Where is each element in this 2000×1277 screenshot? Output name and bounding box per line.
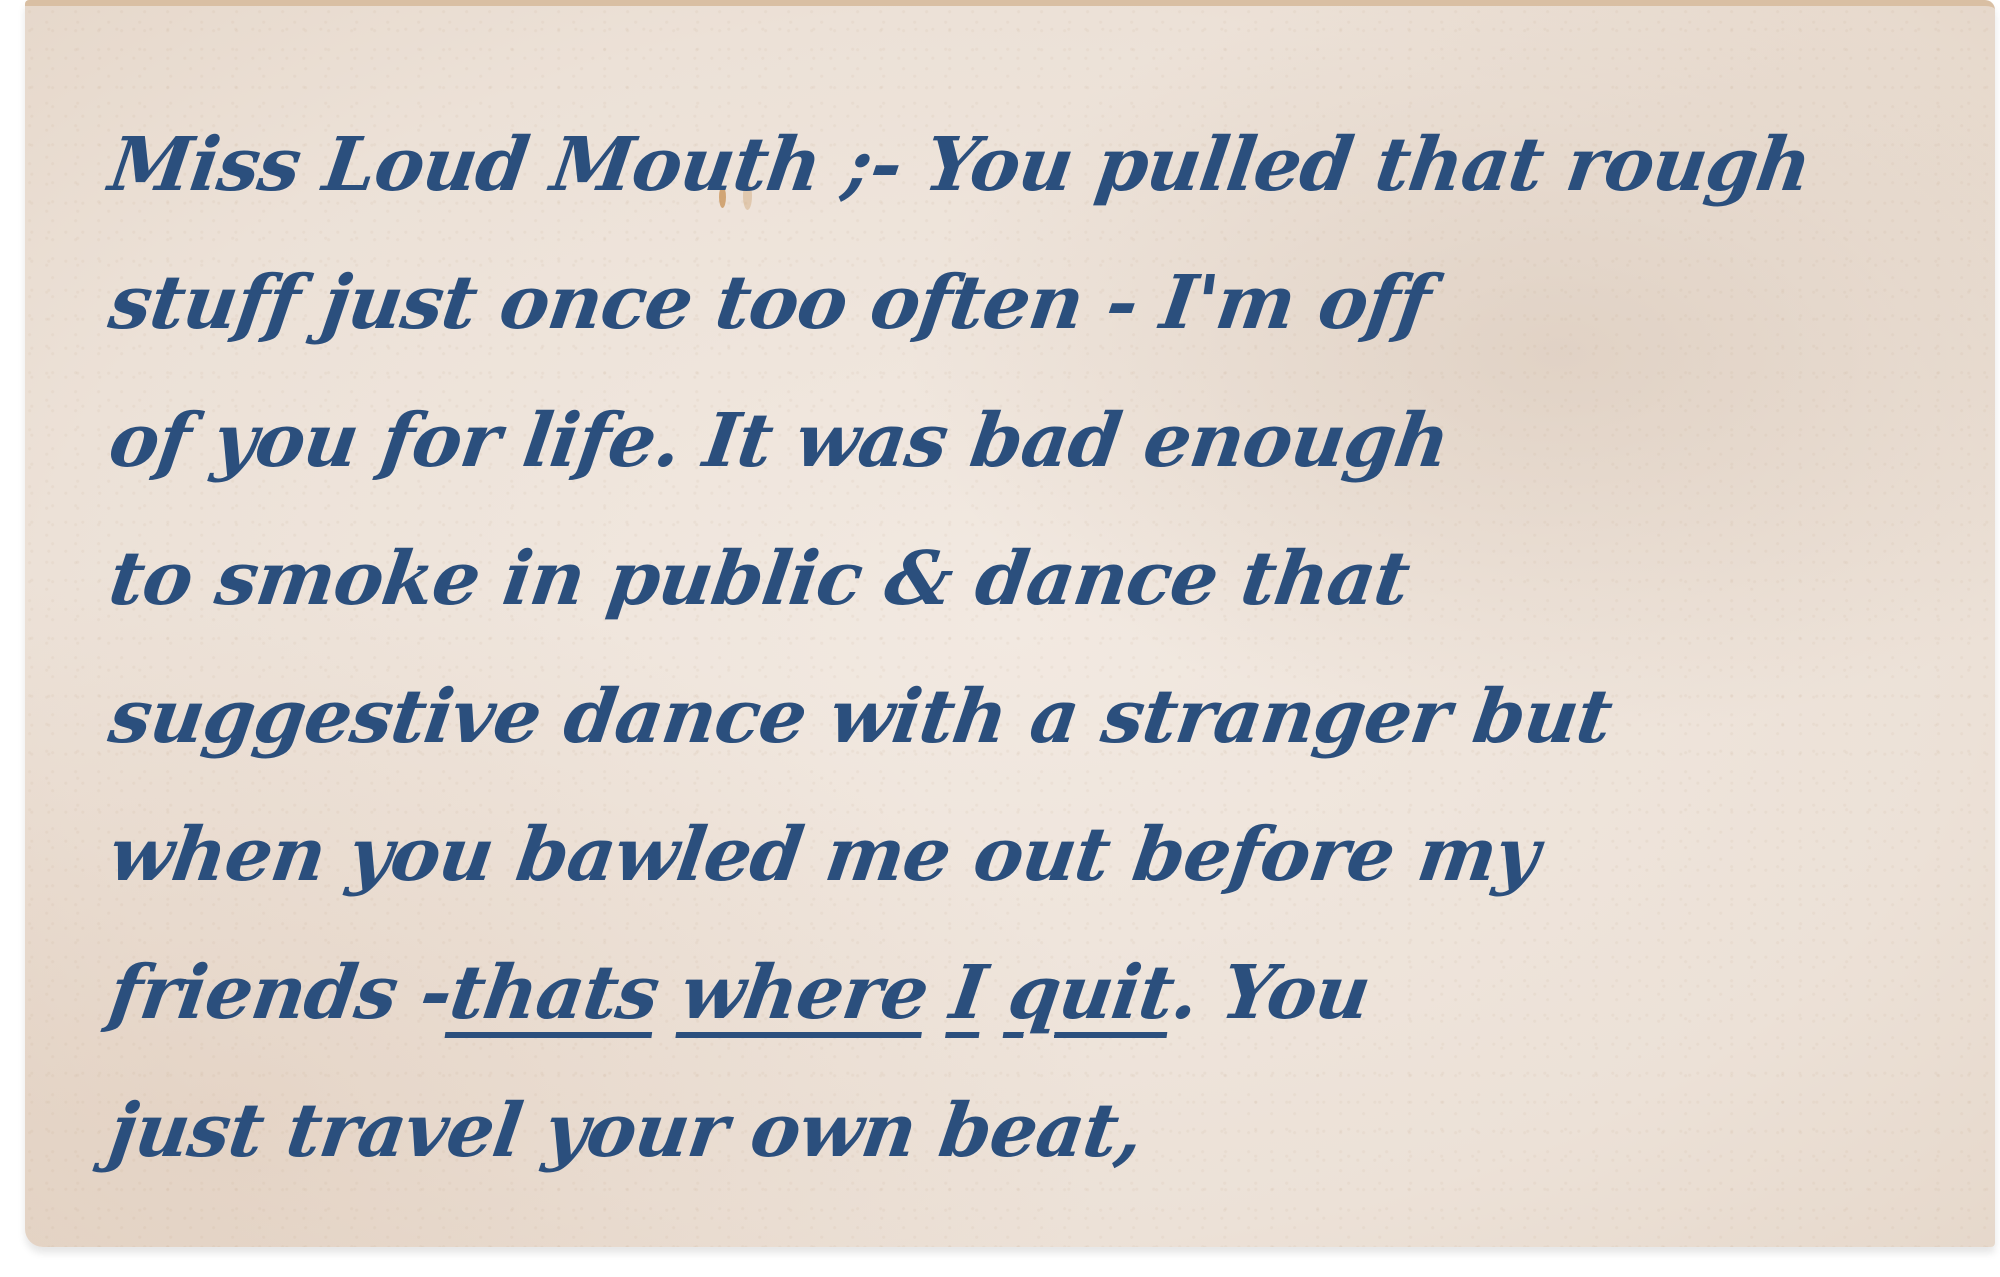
- handwritten-letter: Miss Loud Mouth ;- You pulled that rough…: [105, 64, 1985, 1168]
- letter-line-4: to smoke in public & dance that: [105, 478, 2000, 616]
- letter-line-3: of you for life. It was bad enough: [105, 340, 2000, 478]
- line-text: stuff just once too often - I'm off: [105, 266, 1434, 340]
- underlined-word: I: [946, 956, 990, 1030]
- underlined-word: quit: [1004, 956, 1178, 1030]
- line-text: of you for life. It was bad enough: [105, 404, 1453, 478]
- line-text: suggestive dance with a stranger but: [105, 680, 1616, 754]
- letter-line-6: when you bawled me out before my: [105, 754, 2000, 892]
- letter-line-8: just travel your own beat,: [105, 1030, 2000, 1168]
- letter-line-7: friends - thats where I quit . You: [105, 892, 2000, 1030]
- line-text: just travel your own beat,: [105, 1094, 1147, 1168]
- letter-line-1: Miss Loud Mouth ;- You pulled that rough: [105, 64, 2000, 202]
- line-text: Miss Loud Mouth ;- You pulled that rough: [105, 128, 1815, 202]
- letter-line-5: suggestive dance with a stranger but: [105, 616, 2000, 754]
- underlined-word: where: [676, 956, 932, 1030]
- line-text: when you bawled me out before my: [105, 818, 1543, 892]
- line-text: to smoke in public & dance that: [105, 542, 1413, 616]
- underlined-word: thats: [446, 956, 663, 1030]
- line-segment: friends -: [105, 956, 456, 1030]
- postcard: Miss Loud Mouth ;- You pulled that rough…: [25, 0, 1995, 1247]
- line-segment: . You: [1168, 956, 1374, 1030]
- letter-line-2: stuff just once too often - I'm off: [105, 202, 2000, 340]
